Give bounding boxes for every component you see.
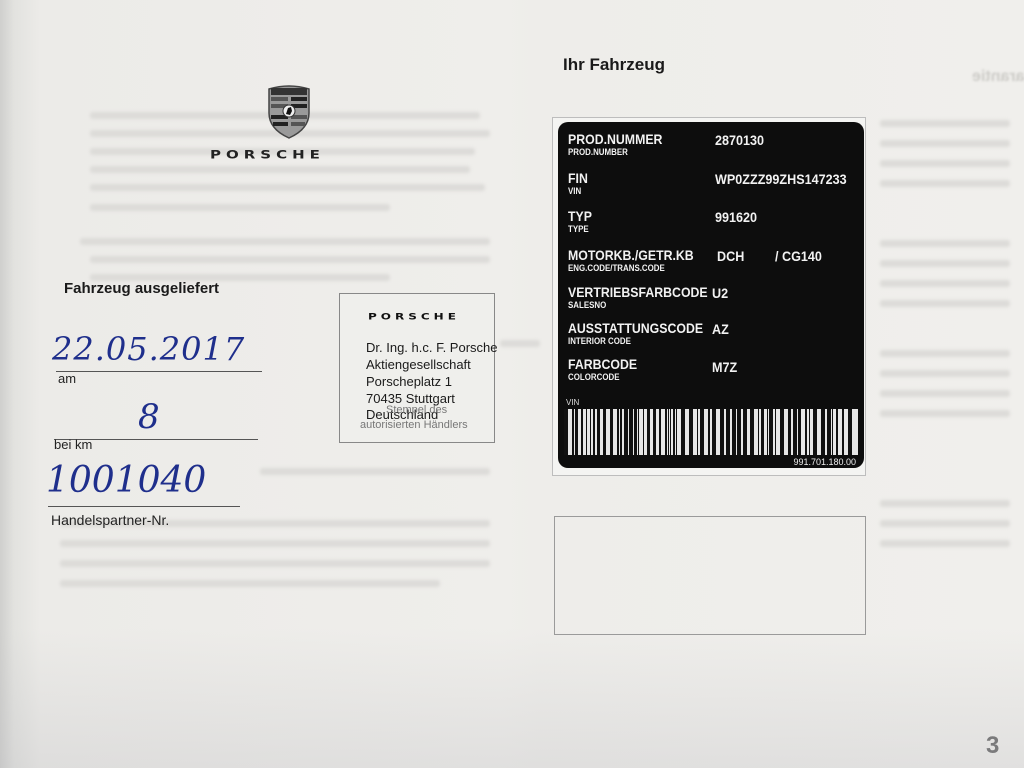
label-row-color: FARBCODE COLORCODE [568, 357, 647, 382]
interior-code-value: AZ [712, 321, 729, 337]
sales-color-value: U2 [712, 285, 728, 301]
vin-barcode [564, 409, 858, 455]
engine-code-value: DCH [717, 248, 744, 264]
label-row-interior: AUSSTATTUNGSCODE INTERIOR CODE [568, 321, 721, 346]
photo-shadow [0, 628, 1024, 768]
label-row-prod-number: PROD.NUMMER PROD.NUMBER [568, 132, 675, 157]
date-rule [56, 371, 262, 372]
delivery-date-handwritten: 22.05.2017 [52, 330, 245, 368]
stamp-line: Dr. Ing. h.c. F. Porsche [366, 340, 498, 355]
stamp-line: Porscheplatz 1 [366, 374, 452, 389]
date-label: am [58, 371, 76, 386]
label-row-engine-trans: MOTORKB./GETR.KB ENG.CODE/TRANS.CODE [568, 248, 711, 273]
vehicle-data-label: PROD.NUMMER PROD.NUMBER 2870130 FIN VIN … [558, 122, 864, 468]
vin-value: WP0ZZZ99ZHS147233 [715, 171, 847, 187]
label-row-type: TYP TYPE [568, 209, 595, 234]
km-label: bei km [54, 437, 92, 452]
vehicle-title: Ihr Fahrzeug [563, 55, 665, 75]
porsche-wordmark: PORSCHE [210, 148, 325, 162]
label-row-sales-color: VERTRIEBSFARBCODE SALESNO [568, 285, 727, 310]
stamp-line: Aktiengesellschaft [366, 357, 471, 372]
type-value: 991620 [715, 209, 757, 225]
label-row-vin: FIN VIN [568, 171, 591, 196]
label-part-number: 991.701.180.00 [793, 457, 856, 467]
partner-rule [48, 506, 240, 507]
prod-number-value: 2870130 [715, 132, 764, 148]
document-page: Porsche Langzeitgarantie [0, 0, 1024, 768]
delivery-title: Fahrzeug ausgeliefert [64, 280, 219, 297]
faded-heading: Porsche Langzeitgarantie [972, 50, 1024, 86]
color-code-value: M7Z [712, 359, 737, 375]
barcode-label: VIN [566, 398, 579, 407]
delivery-km-handwritten: 8 [138, 397, 160, 437]
stamp-hint: autorisierten Händlers [360, 419, 468, 431]
partner-label: Handelspartner-Nr. [51, 512, 169, 528]
empty-sticker-box [554, 516, 866, 635]
partner-number-handwritten: 1001040 [46, 460, 206, 501]
stamp-porsche-logo: PORSCHE [368, 312, 460, 322]
stamp-hint: Stempel des [386, 404, 447, 416]
porsche-crest-icon [266, 83, 312, 139]
trans-code-value: / CG140 [775, 248, 822, 264]
